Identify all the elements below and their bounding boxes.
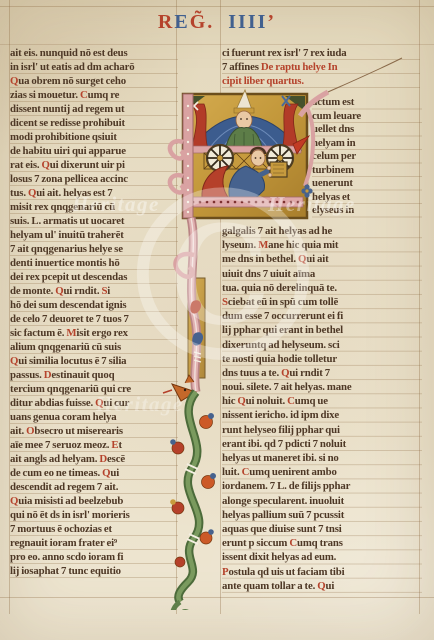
text-segment: umq re [88,89,120,101]
text-segment: modi prohibitione qsiuit [10,131,117,143]
text-segment: ui ait. helyas est 7 [36,187,112,199]
text-segment: C [80,89,88,101]
text-segment: ait eis. nunquid nō est deus [10,47,128,59]
text-segment: ui dixerunt uir pi [50,159,125,171]
text-segment: uia misisti ad beelzebub [18,495,123,507]
text-segment: passus. [10,369,44,381]
initial-descender-flourish [161,218,216,610]
text-segment: Q [10,495,18,507]
text-segment: IIII [228,11,267,33]
text-segment: ui rndit. [63,285,101,297]
text-segment: tercium qnqgenariū qui cre [10,383,131,395]
text-segment: Q [28,187,36,199]
leaf-ornament [170,439,184,454]
text-segment: escē [107,453,125,465]
text-segment: 7 mortuus ē ochozias et [10,523,112,535]
manuscript-page: REG̃. IIII’ ait eis. nunquid nō est deus… [0,0,434,640]
text-segment: t [118,439,121,451]
text-segment: misit rex qnqgenariū cū [10,201,115,213]
text-segment: de celo 7 deuoret te 7 tuos 7 [10,313,129,325]
illuminated-initial-artwork [150,50,410,610]
mantle-of-elijah [270,162,287,177]
text-segment: regnauit ioram frater ei⁹ [10,537,117,549]
text-segment: zias si mouetur. [10,89,80,101]
scroll-curl [170,141,184,158]
ruling-line-horizontal [0,6,434,7]
text-segment: rat eis. [10,159,42,171]
text-segment: ditur abdias fuisse. [10,397,95,409]
text-segment: ui cur [103,397,129,409]
leaf-ornament [170,499,184,514]
text-segment: D [99,453,107,465]
text-segment: G̃. [190,11,215,33]
text-segment: helyam ul' inuitū traherēt [10,229,124,241]
scroll-curl [170,175,184,192]
text-segment: dissent nuntij ad regem ut [10,103,124,115]
text-segment: i [107,285,110,297]
text-segment: in isrl' ut eatis ad dm acharō [10,61,134,73]
text-segment: dicent se redisse prohibuit [10,117,125,129]
text-segment: M [66,327,76,339]
text-segment: ua obrem nō surget ceho [18,75,126,87]
text-segment: ait. [10,425,26,437]
text-segment: denti inuertice montis hō [10,257,120,269]
text-segment: suis. L. armatis ut uocaret [10,215,124,227]
leaf-ornament [200,413,215,429]
text-segment: ui similia locutus ē 7 silia [18,355,126,367]
text-segment: lij iosaphat 7 tunc equitio [10,565,121,577]
serpent-tail [161,392,200,610]
text-segment: estinauit quoq [51,369,114,381]
text-segment: pro eo. anno scdo ioram fi [10,551,123,563]
text-segment: de habitu uiri qui apparue [10,145,126,157]
initial-letter-F [170,58,402,218]
leaf-ornament [175,557,185,567]
text-segment: de monte. [10,285,55,297]
running-title: REG̃. IIII’ [0,11,434,34]
text-segment: 7 ait qnqgenarius helye se [10,243,123,255]
text-segment: dei rex pcepit ut descendas [10,271,127,283]
text-segment: bsecro ut miserearis [34,425,123,437]
text-segment: alium qnqgenariū cū suis [10,341,121,353]
initial-base-bar [187,197,303,207]
text-segment: Q [42,159,50,171]
text-segment: ait angls ad helyam. [10,453,99,465]
text-segment: losus 7 zona pellicea accinc [10,173,128,185]
text-segment: tus. [10,187,28,199]
text-segment: hō dei sum descendat ignis [10,299,127,311]
ruling-line-horizontal [0,44,434,45]
pen-hairline [328,58,402,92]
leaf-ornament [202,473,217,489]
text-segment: sic factum ē. [10,327,66,339]
text-segment: isit ergo rex [76,327,127,339]
text-segment: uans genua coram helya [10,411,116,423]
text-segment: descendit ad regem 7 ait. [10,481,118,493]
text-segment: aīe mee 7 seruoz meoz. [10,439,111,451]
text-segment: Q [10,355,18,367]
chariot-wheel-icon [207,145,233,171]
text-segment: ’ [267,11,276,33]
text-segment: qui nō ēt ds in isrl' morieris [10,509,130,521]
text-segment: E [174,11,189,33]
text-segment: ui [110,467,119,479]
text-segment: Q [10,75,18,87]
initial-stem [170,94,193,218]
text-segment: R [158,11,174,33]
text-segment: de cum eo ne timeas. [10,467,102,479]
text-segment [214,11,228,33]
